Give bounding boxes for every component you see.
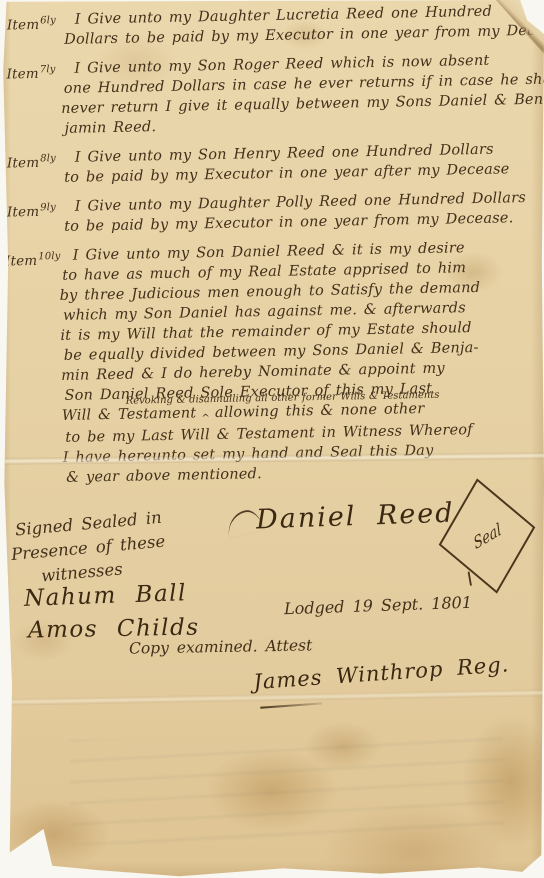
- seal-label: Seal: [471, 519, 503, 553]
- item-label: Item7ly: [6, 60, 56, 84]
- paper-sheet: Item6ly I Give unto my Daughter Lucretia…: [0, 0, 544, 878]
- ink-bleed-through: [69, 732, 505, 845]
- caret-mark: ^: [201, 409, 210, 429]
- testator-signature: Daniel Reed: [256, 498, 456, 536]
- lodged-note: Lodged 19 Sept. 1801: [284, 593, 473, 619]
- item-label: Item6ly: [7, 11, 57, 35]
- item-label: Item10ly: [5, 247, 61, 272]
- will-item-10: Item10ly I Give unto my Son Daniel Reed …: [5, 237, 543, 489]
- will-item-9: Item9ly I Give unto my Daughter Polly Re…: [7, 188, 541, 238]
- registrar-name: James Winthrop Reg.: [253, 652, 510, 694]
- will-item-6: Item6ly I Give unto my Daughter Lucretia…: [7, 1, 541, 51]
- scanned-document: Item6ly I Give unto my Daughter Lucretia…: [0, 0, 544, 878]
- will-item-7: Item7ly I Give unto my Son Roger Reed wh…: [6, 50, 540, 140]
- certification-note: Copy examined. Attest: [129, 636, 313, 657]
- registrar-signature: James Winthrop Reg.: [253, 650, 544, 718]
- flourish-line: [260, 702, 322, 708]
- will-item-8: Item8ly I Give unto my Son Henry Reed on…: [7, 139, 541, 189]
- witness-clause: Signed Sealed in Presence of these witne…: [14, 506, 168, 591]
- interline-before: Will & Testament: [62, 405, 197, 424]
- item-label: Item8ly: [7, 149, 57, 173]
- will-items: Item6ly I Give unto my Daughter Lucretia…: [7, 11, 540, 498]
- item-label: Item9ly: [7, 198, 57, 222]
- witness-signature: Nahum Ball: [24, 580, 188, 612]
